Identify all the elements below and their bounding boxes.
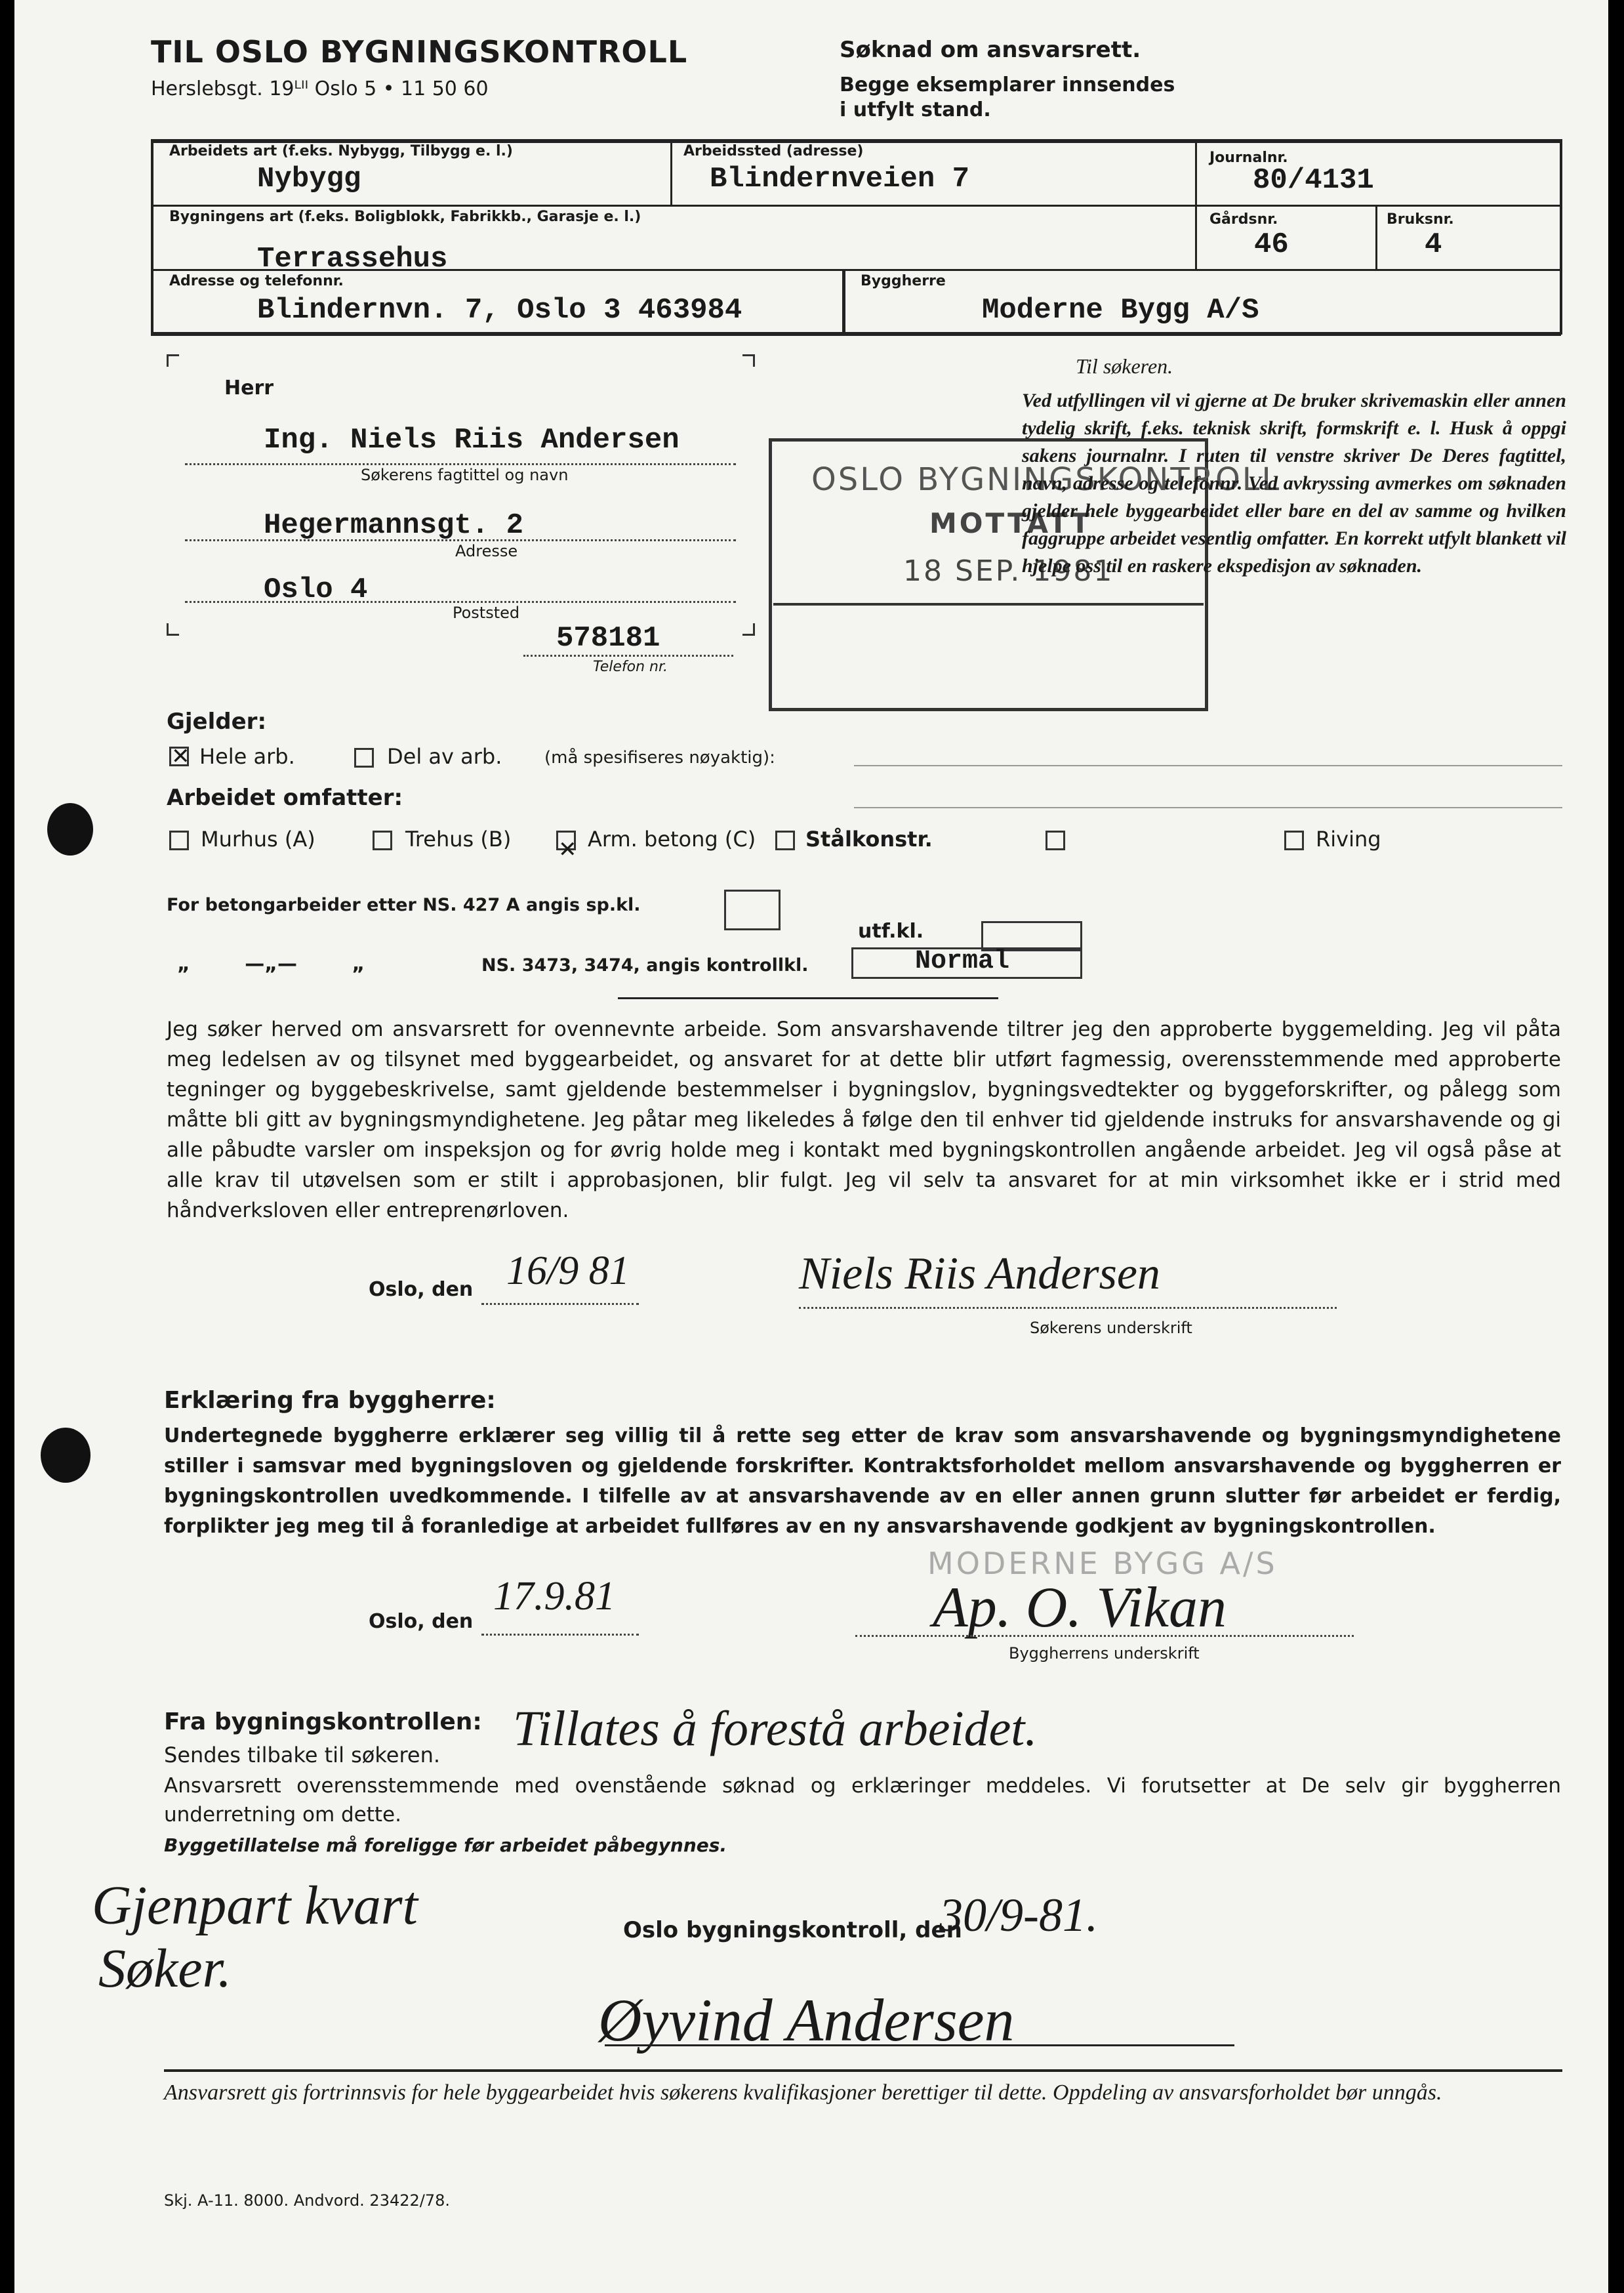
grid-col-divider-1 — [670, 139, 672, 205]
utf-kl-label: utf.kl. — [858, 920, 924, 943]
applicant-name-line — [185, 463, 736, 465]
byggherre-text: Undertegnede byggherre erklærer seg vill… — [164, 1421, 1561, 1542]
grid-row-divider-1 — [151, 205, 1561, 207]
hele-arb-checkbox[interactable]: ✕ — [169, 747, 189, 766]
applicant-signature-line — [799, 1307, 1337, 1309]
riving-label: Riving — [1316, 827, 1381, 852]
applicant-poststed-label: Poststed — [453, 604, 519, 622]
applicant-signature: Niels Riis Andersen — [799, 1248, 1160, 1300]
corner-mark-br — [742, 623, 755, 636]
applicant-telefon-label: Telefon nr. — [593, 659, 668, 675]
kontrollkl-label: NS. 3473, 3474, angis kontrollkl. — [481, 955, 809, 976]
adresse-telefon-value: Blindernvn. 7, Oslo 3 463984 — [257, 294, 742, 327]
document-page: TIL OSLO BYGNINGSKONTROLL Herslebsgt. 19… — [14, 0, 1608, 2293]
del-av-arb-label: Del av arb. — [387, 744, 502, 769]
applicant-name-label: Søkerens fagtittel og navn — [361, 466, 568, 484]
murhus-label: Murhus (A) — [201, 827, 315, 852]
spesifiseres-note: (må spesifiseres nøyaktig): — [544, 748, 775, 768]
handwritten-decision: Tillates å forestå arbeidet. — [513, 1701, 1037, 1758]
adresse-telefon-label: Adresse og telefonnr. — [169, 273, 344, 289]
instructions-text: Ved utfyllingen vil vi gjerne at De bruk… — [1022, 387, 1566, 580]
sendes-tilbake-label: Sendes tilbake til søkeren. — [164, 1743, 440, 1767]
kontroll-date: 30/9-81. — [939, 1888, 1098, 1943]
stalkonstr-label: Stålkonstr. — [805, 827, 933, 852]
corner-mark-tl — [167, 354, 179, 367]
declaration-date: 16/9 81 — [506, 1248, 630, 1294]
bygningens-art-value: Terrassehus — [257, 243, 447, 269]
kontroll-text-1: Ansvarsrett overensstemmende med ovenstå… — [164, 1771, 1561, 1829]
corner-mark-tr — [742, 354, 755, 367]
kontrollkl-value: Normal — [915, 947, 1009, 976]
header-title: TIL OSLO BYGNINGSKONTROLL — [151, 34, 687, 70]
grid-row-divider-2 — [151, 269, 1561, 271]
byggherre-signature-label: Byggherrens underskrift — [1009, 1644, 1200, 1663]
punch-hole-1 — [47, 803, 93, 856]
byggherre-date: 17.9.81 — [493, 1573, 615, 1620]
applicant-address-line — [185, 539, 736, 541]
byggherre-signature-line — [855, 1635, 1354, 1637]
blank-option-checkbox[interactable] — [1045, 831, 1065, 850]
byggherre-heading: Erklæring fra byggherre: — [164, 1387, 496, 1414]
journalnr-value: 80/4131 — [1253, 164, 1374, 197]
arm-betong-label: Arm. betong (C) — [588, 827, 756, 852]
kontrollkl-box[interactable]: Normal — [851, 947, 1082, 979]
applicant-address-label: Adresse — [455, 542, 518, 560]
declaration-place-label: Oslo, den — [369, 1278, 473, 1301]
grid-left-border — [151, 139, 153, 335]
kontroll-text-2: Byggetillatelse må foreligge før arbeide… — [164, 1834, 727, 1856]
bygningens-art-label: Bygningens art (f.eks. Boligblokk, Fabri… — [169, 209, 641, 225]
gardsnr-label: Gårdsnr. — [1209, 211, 1278, 228]
grid-col-divider-2 — [1195, 139, 1197, 270]
stalkonstr-checkbox[interactable] — [775, 831, 795, 850]
byggherre-label: Byggherre — [861, 273, 946, 289]
del-av-arb-checkbox[interactable] — [354, 748, 374, 768]
gjelder-label: Gjelder: — [167, 709, 266, 735]
byggherre-place-label: Oslo, den — [369, 1610, 473, 1633]
kontroll-heading: Fra bygningskontrollen: — [164, 1708, 482, 1735]
form-code: Skj. A-11. 8000. Andvord. 23422/78. — [164, 2191, 450, 2210]
footer-note: Ansvarsrett gis fortrinnsvis for hele by… — [164, 2078, 1562, 2107]
grid-col-divider-3 — [1375, 205, 1377, 270]
form-note-1: Begge eksemplarer innsendes — [840, 73, 1175, 96]
gardsnr-value: 46 — [1254, 228, 1289, 261]
punch-hole-2 — [41, 1428, 91, 1483]
bruksnr-value: 4 — [1425, 228, 1442, 261]
section-divider — [618, 997, 998, 999]
applicant-address-value: Hegermannsgt. 2 — [264, 509, 523, 542]
arbeidssted-label: Arbeidssted (adresse) — [683, 143, 863, 159]
form-note-2: i utfylt stand. — [840, 98, 991, 121]
handwritten-note-soker: Søker. — [98, 1937, 232, 2000]
footer-divider — [164, 2069, 1562, 2072]
arbeidets-art-value: Nybygg — [257, 163, 361, 196]
applicant-signature-label: Søkerens underskrift — [1030, 1319, 1192, 1337]
trehus-checkbox[interactable] — [373, 831, 392, 850]
arbeidets-art-label: Arbeidets art (f.eks. Nybygg, Tilbygg e.… — [169, 143, 513, 159]
corner-mark-bl — [167, 623, 179, 636]
arm-betong-checkbox[interactable]: ✕ — [556, 831, 576, 850]
byggherre-date-line — [481, 1634, 639, 1636]
applicant-poststed-line — [185, 601, 736, 603]
sp-kl-box[interactable] — [724, 890, 781, 930]
kontroll-signature-line — [605, 2044, 1234, 2046]
header-address: Herslebsgt. 19ᴸᴵᴵ Oslo 5 • 11 50 60 — [151, 77, 489, 100]
betong-sp-kl-label: For betongarbeider etter NS. 427 A angis… — [167, 895, 641, 915]
hele-arb-label: Hele arb. — [199, 744, 295, 769]
arbeidet-omfatter-label: Arbeidet omfatter: — [167, 785, 403, 811]
stamp-divider — [773, 603, 1204, 606]
salutation: Herr — [224, 377, 274, 400]
spesifiseres-line-1 — [854, 765, 1562, 766]
declaration-text: Jeg søker herved om ansvarsrett for oven… — [167, 1014, 1561, 1226]
instructions-heading: Til søkeren. — [1076, 354, 1173, 379]
grid-right-border — [1560, 139, 1562, 335]
form-title: Søknad om ansvarsrett. — [840, 37, 1141, 63]
bruksnr-label: Bruksnr. — [1387, 211, 1454, 228]
spesifiseres-line-2 — [854, 807, 1562, 808]
applicant-name-value: Ing. Niels Riis Andersen — [264, 424, 680, 457]
byggherre-value: Moderne Bygg A/S — [982, 294, 1259, 327]
grid-col-divider-4 — [842, 269, 845, 335]
ditto-marks: „ —„— „ — [177, 953, 365, 976]
grid-bottom-border — [151, 332, 1561, 336]
applicant-telefon-value: 578181 — [556, 622, 660, 655]
riving-checkbox[interactable] — [1284, 831, 1304, 850]
trehus-label: Trehus (B) — [405, 827, 511, 852]
applicant-telefon-line — [523, 655, 733, 657]
arbeidssted-value: Blindernveien 7 — [710, 163, 969, 196]
kontroll-place-label: Oslo bygningskontroll, den — [623, 1917, 962, 1943]
declaration-date-line — [481, 1303, 639, 1305]
handwritten-note-gjenpart: Gjenpart kvart — [92, 1874, 418, 1937]
byggherre-signature: Ap. O. Vikan — [933, 1575, 1227, 1641]
murhus-checkbox[interactable] — [169, 831, 189, 850]
